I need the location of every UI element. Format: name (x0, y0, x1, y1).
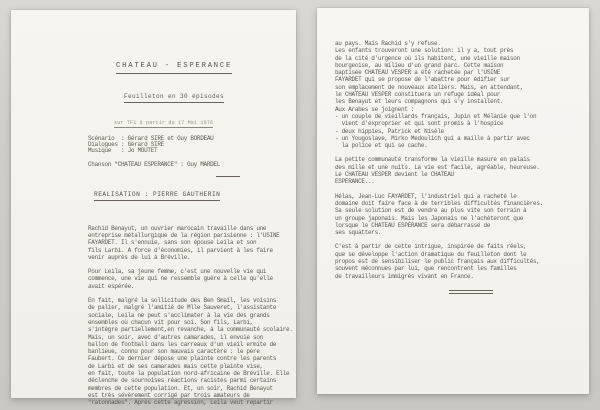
synopsis-paragraph: au pays. Mais Rachid s'y refuse. Les enf… (335, 40, 547, 113)
page-right: au pays. Mais Rachid s'y refuse. Les enf… (317, 8, 589, 394)
end-rule (449, 290, 493, 294)
credits-block: Scénario : Gérard SIRE et Guy BORDEAU Di… (88, 136, 290, 155)
synopsis-paragraph: En fait, malgré la sollicitude des Ben S… (88, 297, 296, 406)
credit-line-musique: Musique : Jo MOUTET (88, 148, 290, 154)
synopsis-paragraph: La petite communauté transforme la vieil… (335, 156, 543, 185)
synopsis-paragraph: Hélas, Jean-Luc FAYARDET, l'industriel q… (335, 193, 543, 237)
synopsis-paragraph: C'est à partir de cette intrigue, inspir… (335, 243, 543, 279)
cast-bullet: - un Yougoslave, Mirko Medoulich qui a m… (335, 135, 547, 150)
page-left: CHATEAU - ESPERANCE Feuilleton en 30 épi… (11, 10, 296, 398)
title-row: CHATEAU - ESPERANCE (116, 54, 290, 74)
synopsis-paragraph: Rachid Benayut, un ouvrier marocain trav… (88, 225, 296, 261)
page-right-content: au pays. Mais Rachid s'y refuse. Les enf… (317, 8, 555, 294)
broadcast-date-line: sur TF1 à partir du 17 Mai 1976 (114, 120, 213, 129)
subtitle-row: Feuilleton en 30 épisodes (124, 85, 290, 103)
cast-bullet: - un couple de vieillards français, Jupi… (335, 113, 547, 128)
song-credit-line: Chanson "CHATEAU ESPERANCE" : Guy MARDEL (88, 162, 290, 168)
cast-bullet: - deux hippies, Patrick et Nisèle (335, 128, 547, 135)
page-left-content: CHATEAU - ESPERANCE Feuilleton en 30 épi… (11, 10, 296, 407)
director-credit-line: REALISATION : PIERRE GAUTHERIN (94, 191, 220, 201)
synopsis-paragraph: Pour Leila, sa jeune femme, c'est une no… (88, 268, 296, 290)
direction-row: REALISATION : PIERRE GAUTHERIN (94, 183, 290, 201)
broadcast-row: sur TF1 à partir du 17 Mai 1976 (114, 111, 290, 129)
divider-rule-short (216, 176, 240, 177)
document-title: CHATEAU - ESPERANCE (116, 62, 232, 74)
episode-count-subtitle: Feuilleton en 30 épisodes (124, 93, 224, 103)
